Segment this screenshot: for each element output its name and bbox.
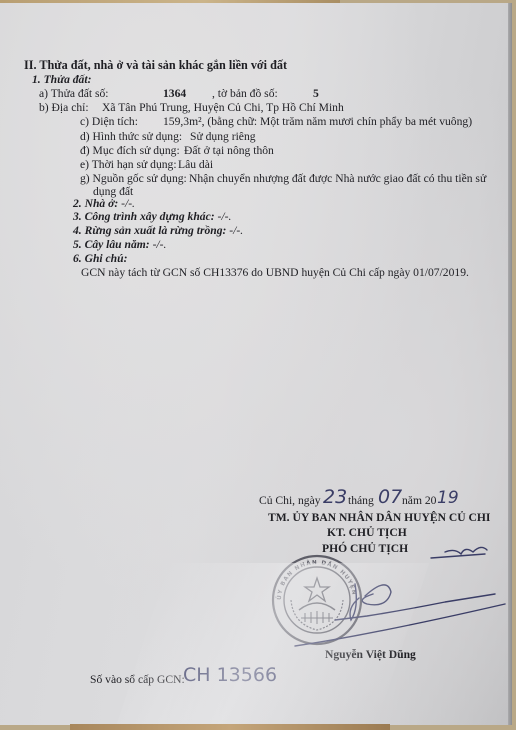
date-day: 23 [323,486,347,508]
origin-label: g) Nguồn gốc sử dụng: [80,172,187,186]
date-year-hand: 19 [437,488,459,508]
signing-organization: TM. ỦY BAN NHÂN DÂN HUYỆN CỦ CHI [268,511,490,525]
item-other-construction-value: -/-. [218,210,232,223]
registry-label: Số vào sổ cấp GCN: [90,673,185,687]
registry-number: CH 13566 [183,664,277,686]
notes-text: GCN này tách từ GCN số CH13376 do UBND h… [81,266,469,280]
purpose-label: đ) Mục đích sử dụng: [80,144,180,158]
item-perennial-trees-label: 5. Cây lâu năm: [73,238,150,251]
date-month-label: tháng [348,494,374,508]
map-sheet-label: , tờ bản đồ số: [212,87,278,101]
seal-and-signature: ỦY BAN NHÂN DÂN HUYỆN CỦ CHI - TP HỒ CHÍ… [255,538,512,648]
area-label: c) Diện tích: [80,115,138,129]
parcel-number-label: a) Thửa đất số: [39,87,109,101]
certificate-page: II. Thửa đất, nhà ở và tài sản khác gắn … [0,3,512,725]
item-planted-forest: 4. Rừng sản xuất là rừng trồng: -/-. [73,224,243,238]
item-house: 2. Nhà ở: -/-. [73,197,135,211]
signer-name: Nguyễn Việt Dũng [325,648,416,662]
item-perennial-trees: 5. Cây lâu năm: -/-. [73,238,166,252]
table-surface-bottom [70,724,390,730]
section-title: II. Thửa đất, nhà ở và tài sản khác gắn … [24,58,287,72]
land-parcel-heading: 1. Thửa đất: [32,73,91,87]
item-planted-forest-value: -/-. [229,224,243,237]
origin-value-line1: Nhận chuyển nhượng đất được Nhà nước gia… [189,172,486,186]
date-year-label: năm 20 [402,494,436,508]
use-form-value: Sử dụng riêng [190,130,256,144]
term-label: e) Thời hạn sử dụng: [80,158,177,172]
parcel-number: 1364 [163,87,186,101]
map-sheet-number: 5 [313,87,319,101]
official-seal-icon: ỦY BAN NHÂN DÂN HUYỆN CỦ CHI - TP HỒ CHÍ… [255,538,361,644]
area-value: 159,3m², (bằng chữ: Một trăm năm mươi ch… [163,115,472,129]
item-house-label: 2. Nhà ở: [73,197,118,210]
address-value: Xã Tân Phú Trung, Huyện Củ Chi, Tp Hồ Ch… [102,101,344,115]
use-form-label: d) Hình thức sử dụng: [80,130,182,144]
term-value: Lâu dài [178,158,213,172]
notes-heading: 6. Ghi chú: [73,252,127,266]
item-perennial-trees-value: -/-. [153,238,167,251]
item-other-construction-label: 3. Công trình xây dựng khác: [73,210,215,223]
item-house-value: -/-. [121,197,135,210]
address-label: b) Địa chỉ: [39,101,89,115]
date-month: 07 [378,486,402,508]
purpose-value: Đất ở tại nông thôn [184,144,274,158]
date-place-prefix: Củ Chi, ngày [259,494,321,508]
item-other-construction: 3. Công trình xây dựng khác: -/-. [73,210,231,224]
item-planted-forest-label: 4. Rừng sản xuất là rừng trồng: [73,224,226,237]
